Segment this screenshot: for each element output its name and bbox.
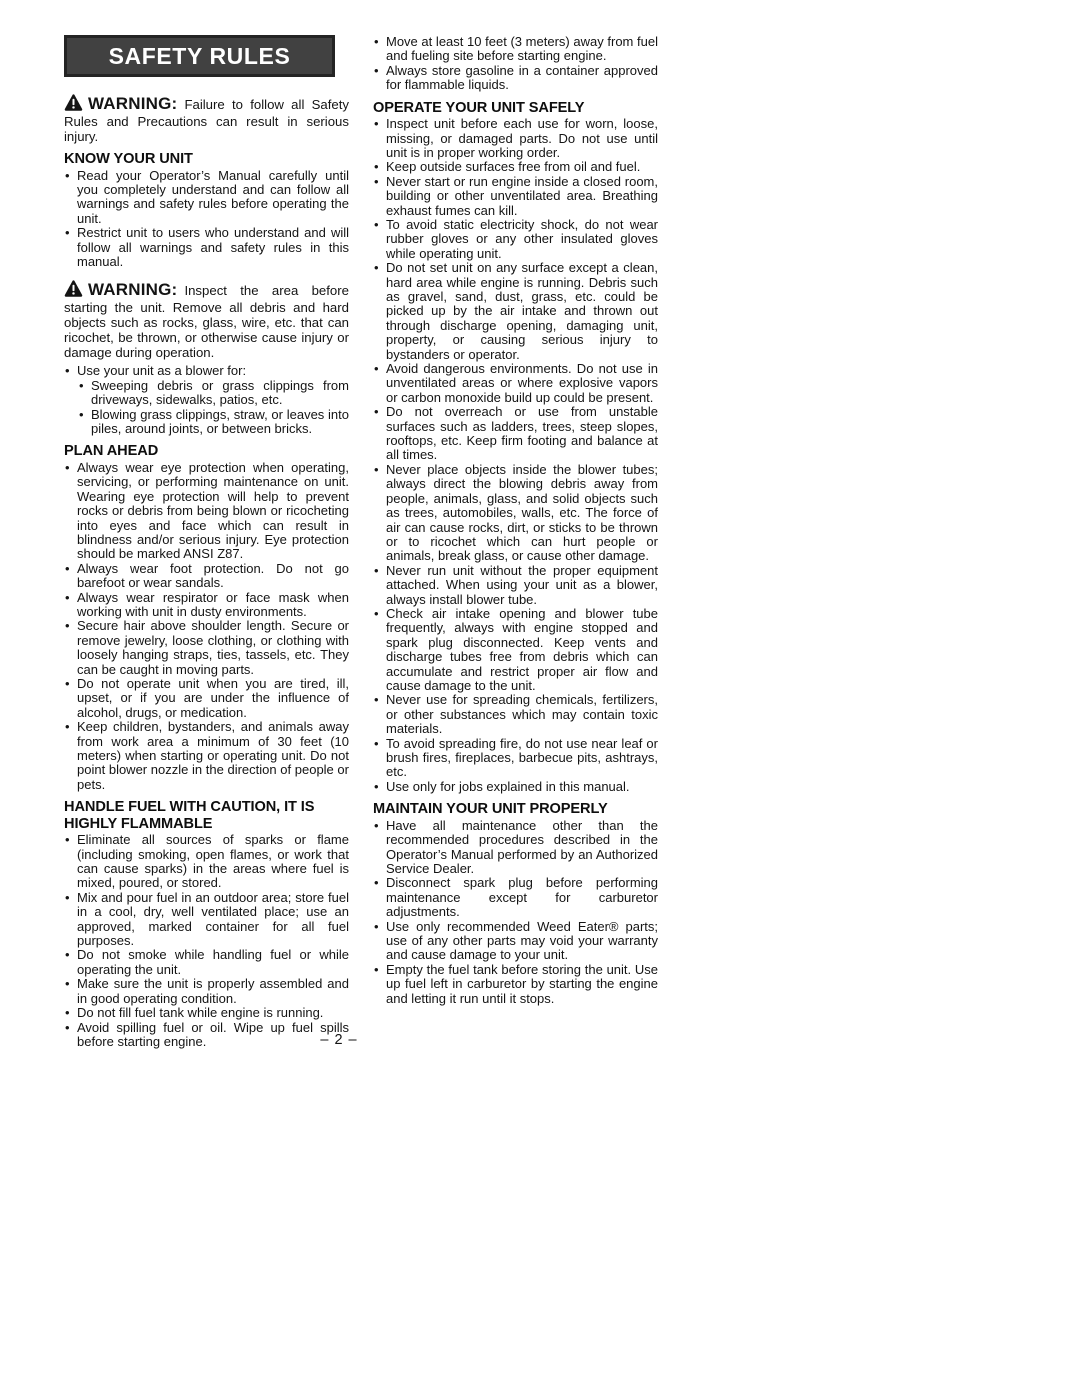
bullet-text: Do not set unit on any surface except a … [386, 260, 658, 361]
bullet-item: •Do not operate unit when you are tired,… [64, 677, 349, 720]
bullet-marker: • [65, 591, 70, 605]
bullet-item: •Do not smoke while handling fuel or whi… [64, 948, 349, 977]
bullet-text: Disconnect spark plug before performing … [386, 875, 658, 919]
bullet-item: •Never run unit without the proper equip… [373, 564, 658, 607]
bullet-text: Avoid dangerous environments. Do not use… [386, 361, 658, 405]
bullet-text: Check air intake opening and blower tube… [386, 606, 658, 693]
bullet-item: •Use your unit as a blower for: [64, 364, 349, 378]
section-heading: MAINTAIN YOUR UNIT PROPERLY [373, 801, 658, 818]
bullet-text: Use only for jobs explained in this manu… [386, 779, 630, 794]
bullet-marker: • [65, 364, 70, 378]
bullet-item: •Make sure the unit is properly assemble… [64, 977, 349, 1006]
bullet-item: •Mix and pour fuel in an outdoor area; s… [64, 891, 349, 949]
bullet-marker: • [65, 977, 70, 991]
bullet-item: •Always wear foot protection. Do not go … [64, 562, 349, 591]
warning-triangle-icon [64, 280, 83, 300]
sub-bullet-item: •Blowing grass clippings, straw, or leav… [78, 408, 349, 437]
bullet-item: •Move at least 10 feet (3 meters) away f… [373, 35, 658, 64]
bullet-text: Never use for spreading chemicals, ferti… [386, 692, 658, 736]
bullet-marker: • [374, 362, 379, 376]
bullet-marker: • [374, 463, 379, 477]
bullet-marker: • [65, 461, 70, 475]
bullet-text: To avoid spreading fire, do not use near… [386, 736, 658, 780]
bullet-marker: • [65, 891, 70, 905]
bullet-text: Do not fill fuel tank while engine is ru… [77, 1005, 323, 1020]
bullet-marker: • [374, 64, 379, 78]
warning-label: WARNING: [88, 280, 177, 299]
bullet-text: Have all maintenance other than the reco… [386, 818, 658, 876]
bullet-marker: • [374, 261, 379, 275]
bullet-text: Always wear respirator or face mask when… [77, 590, 349, 619]
bullet-marker: • [65, 677, 70, 691]
bullet-text: Do not operate unit when you are tired, … [77, 676, 349, 720]
bullet-item: •Avoid dangerous environments. Do not us… [373, 362, 658, 405]
bullet-item: •Do not overreach or use from unstable s… [373, 405, 658, 463]
section-heading: OPERATE YOUR UNIT SAFELY [373, 100, 658, 117]
bullet-text: Never place objects inside the blower tu… [386, 462, 658, 563]
warning-label: WARNING: [88, 94, 177, 113]
bullet-marker: • [65, 1006, 70, 1020]
bullet-text: Mix and pour fuel in an outdoor area; st… [77, 890, 349, 948]
bullet-text: Keep outside surfaces free from oil and … [386, 159, 640, 174]
bullet-marker: • [374, 780, 379, 794]
bullet-text: Do not smoke while handling fuel or whil… [77, 947, 349, 976]
bullet-item: •Disconnect spark plug before performing… [373, 876, 658, 919]
page-content: SAFETY RULES WARNING:Failure to follow a… [64, 35, 658, 1049]
bullet-text: Never start or run engine inside a close… [386, 174, 658, 218]
bullet-marker: • [374, 35, 379, 49]
bullet-item: •Restrict unit to users who understand a… [64, 226, 349, 269]
page-banner-label: SAFETY RULES [109, 43, 291, 70]
bullet-text: Use your unit as a blower for: [77, 363, 246, 378]
bullet-item: •Empty the fuel tank before storing the … [373, 963, 658, 1006]
bullet-marker: • [374, 737, 379, 751]
bullet-text: Move at least 10 feet (3 meters) away fr… [386, 34, 658, 63]
bullet-item: •Use only for jobs explained in this man… [373, 780, 658, 794]
bullet-item: •Do not set unit on any surface except a… [373, 261, 658, 362]
bullet-marker: • [374, 963, 379, 977]
warning-note: WARNING:Inspect the area before starting… [64, 280, 349, 360]
bullet-text: Restrict unit to users who understand an… [77, 225, 349, 269]
bullet-item: •To avoid static electricity shock, do n… [373, 218, 658, 261]
bullet-text: Always store gasoline in a container app… [386, 63, 658, 92]
left-column: SAFETY RULES WARNING:Failure to follow a… [64, 35, 349, 1049]
bullet-text: Secure hair above shoulder length. Secur… [77, 618, 349, 676]
manual-page: SAFETY RULES WARNING:Failure to follow a… [0, 0, 1080, 1397]
bullet-marker: • [374, 564, 379, 578]
page-banner: SAFETY RULES [64, 35, 335, 77]
bullet-marker: • [374, 117, 379, 131]
bullet-item: •Read your Operator’s Manual carefully u… [64, 169, 349, 227]
bullet-text: Do not overreach or use from unstable su… [386, 404, 658, 462]
bullet-item: •Inspect unit before each use for worn, … [373, 117, 658, 160]
bullet-text: Sweeping debris or grass clippings from … [91, 378, 349, 407]
bullet-item: •Never place objects inside the blower t… [373, 463, 658, 564]
bullet-item: •Always wear eye protection when operati… [64, 461, 349, 562]
section-heading: HANDLE FUEL WITH CAUTION, IT IS HIGHLY F… [64, 799, 349, 832]
bullet-item: •Have all maintenance other than the rec… [373, 819, 658, 877]
bullet-item: •Do not fill fuel tank while engine is r… [64, 1006, 349, 1020]
bullet-marker: • [79, 379, 84, 393]
warning-triangle-icon [64, 94, 83, 114]
bullet-text: Inspect unit before each use for worn, l… [386, 116, 658, 160]
bullet-text: Use only recommended Weed Eater® parts; … [386, 919, 658, 963]
bullet-marker: • [65, 720, 70, 734]
bullet-item: •Use only recommended Weed Eater® parts;… [373, 920, 658, 963]
bullet-marker: • [374, 607, 379, 621]
bullet-text: To avoid static electricity shock, do no… [386, 217, 658, 261]
bullet-marker: • [374, 218, 379, 232]
bullet-text: Always wear foot protection. Do not go b… [77, 561, 349, 590]
bullet-text: Blowing grass clippings, straw, or leave… [91, 407, 349, 436]
bullet-marker: • [79, 408, 84, 422]
bullet-text: Keep children, bystanders, and animals a… [77, 719, 349, 792]
bullet-text: Make sure the unit is properly assembled… [77, 976, 349, 1005]
bullet-item: •Secure hair above shoulder length. Secu… [64, 619, 349, 677]
bullet-marker: • [65, 833, 70, 847]
bullet-item: •Keep children, bystanders, and animals … [64, 720, 349, 792]
bullet-item: •To avoid spreading fire, do not use nea… [373, 737, 658, 780]
bullet-marker: • [374, 405, 379, 419]
bullet-marker: • [65, 948, 70, 962]
bullet-item: •Eliminate all sources of sparks or flam… [64, 833, 349, 891]
bullet-marker: • [374, 819, 379, 833]
bullet-item: •Check air intake opening and blower tub… [373, 607, 658, 693]
bullet-marker: • [65, 562, 70, 576]
bullet-text: Always wear eye protection when operatin… [77, 460, 349, 561]
bullet-item: •Always wear respirator or face mask whe… [64, 591, 349, 620]
section-heading: PLAN AHEAD [64, 443, 349, 460]
bullet-marker: • [65, 619, 70, 633]
warning-note: WARNING:Failure to follow all Safety Rul… [64, 94, 349, 144]
bullet-item: •Never start or run engine inside a clos… [373, 175, 658, 218]
bullet-marker: • [374, 920, 379, 934]
bullet-marker: • [374, 693, 379, 707]
bullet-text: Never run unit without the proper equipm… [386, 563, 658, 607]
sub-bullet-item: •Sweeping debris or grass clippings from… [78, 379, 349, 408]
bullet-text: Eliminate all sources of sparks or flame… [77, 832, 349, 890]
bullet-item: •Never use for spreading chemicals, fert… [373, 693, 658, 736]
right-column: •Move at least 10 feet (3 meters) away f… [373, 35, 658, 1049]
page-number: – 2 – [64, 1032, 614, 1048]
bullet-text: Empty the fuel tank before storing the u… [386, 962, 658, 1006]
bullet-item: •Always store gasoline in a container ap… [373, 64, 658, 93]
bullet-marker: • [374, 175, 379, 189]
bullet-marker: • [374, 160, 379, 174]
bullet-marker: • [65, 226, 70, 240]
bullet-item: •Keep outside surfaces free from oil and… [373, 160, 658, 174]
bullet-marker: • [65, 169, 70, 183]
bullet-marker: • [374, 876, 379, 890]
section-heading: KNOW YOUR UNIT [64, 151, 349, 168]
bullet-text: Read your Operator’s Manual carefully un… [77, 168, 349, 226]
